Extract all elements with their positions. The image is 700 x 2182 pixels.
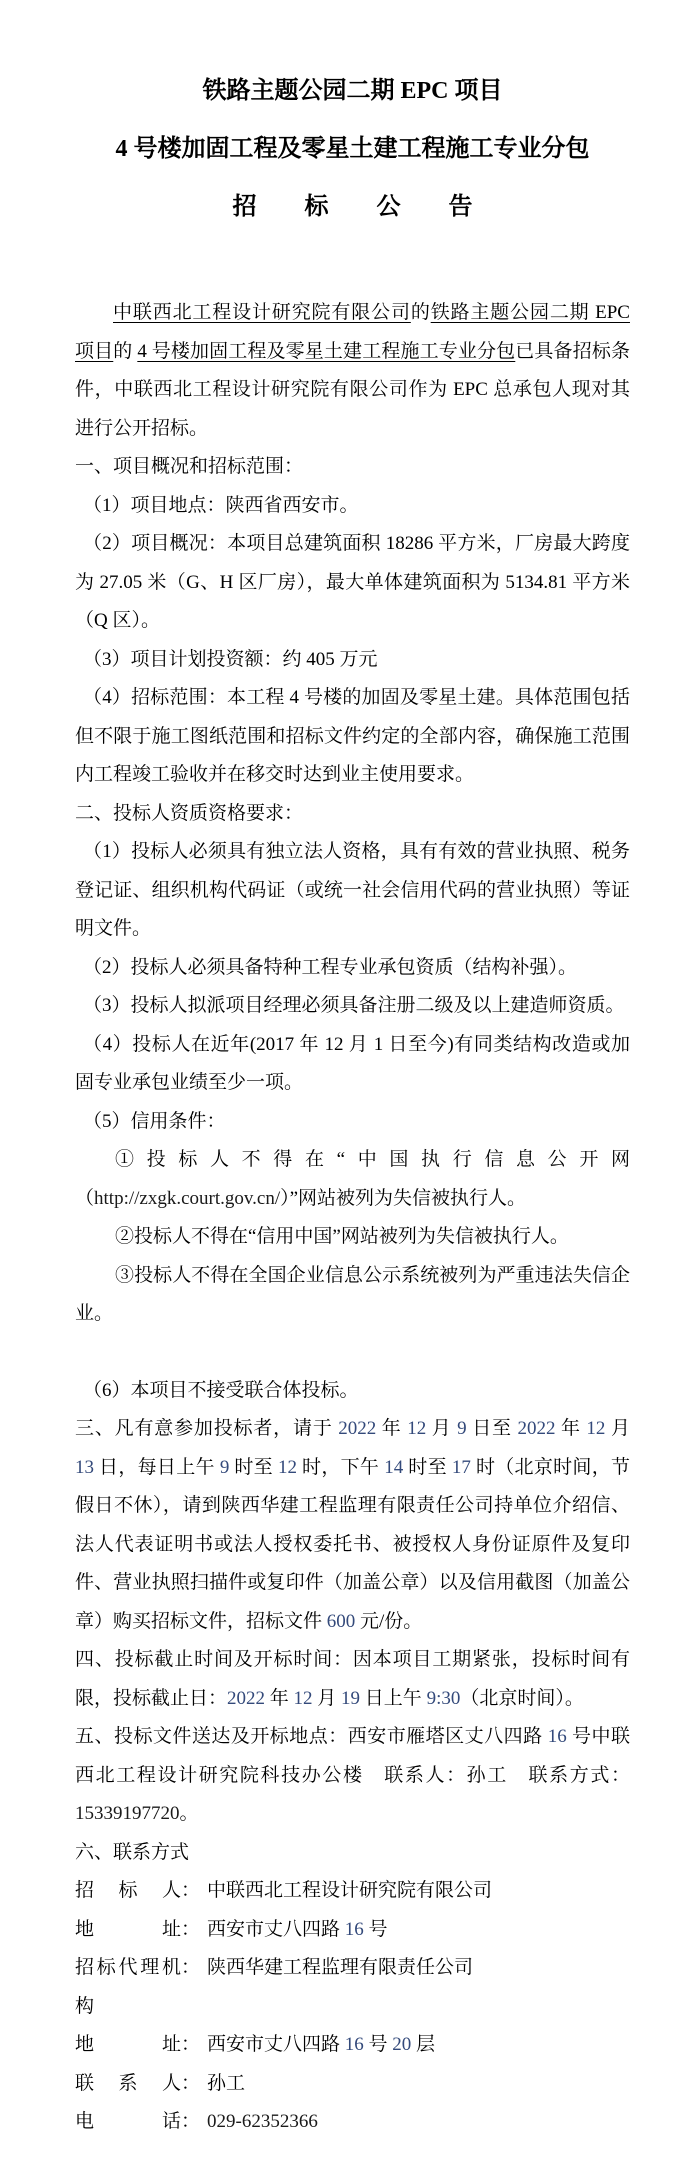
contact-colon: ： [181,1872,200,1911]
section3-paragraph-document-purchase: 三、凡有意参加投标者，请于 2022 年 12 月 9 日至 2022 年 12… [75,1410,630,1641]
section2-item-credit-heading: （5）信用条件： [75,1103,630,1142]
section6-heading: 六、联系方式 [75,1834,630,1873]
contact-block: 招标人： 中联西北工程设计研究院有限公司 地址： 西安市丈八四路 16 号 招标… [75,1872,630,2142]
section2-item-qualification: （2）投标人必须具备特种工程专业承包资质（结构补强）。 [75,949,630,988]
document-title-line1: 铁路主题公园二期 EPC 项目 [75,62,630,120]
contact-row-contact-person: 联系人： 孙工 [75,2065,630,2104]
contact-label: 地址 [75,1911,181,1950]
section1-item-overview: （2）项目概况：本项目总建筑面积 18286 平方米，厂房最大跨度为 27.05… [75,525,630,641]
section2-item-legal-person: （1）投标人必须具有独立法人资格，具有有效的营业执照、税务登记证、组织机构代码证… [75,833,630,949]
contact-colon: ： [181,1949,200,1988]
section2-item-track-record: （4）投标人在近年(2017 年 12 月 1 日至今)有同类结构改造或加固专业… [75,1026,630,1103]
contact-colon: ： [181,2103,200,2142]
contact-row-agency: 招标代理机构： 陕西华建工程监理有限责任公司 [75,1949,630,2026]
contact-row-agency-address: 地址： 西安市丈八四路 16 号 20 层 [75,2026,630,2065]
section1-item-investment: （3）项目计划投资额：约 405 万元 [75,641,630,680]
contact-row-tenderee-address: 地址： 西安市丈八四路 16 号 [75,1911,630,1950]
section1-item-scope: （4）招标范围：本工程 4 号楼的加固及零星土建。具体范围包括但不限于施工图纸范… [75,679,630,795]
contact-value: 陕西华建工程监理有限责任公司 [207,1949,630,1988]
section2-heading: 二、投标人资质资格要求： [75,795,630,834]
contact-value: 中联西北工程设计研究院有限公司 [207,1872,630,1911]
contact-label: 电话 [75,2103,181,2142]
contact-value: 西安市丈八四路 16 号 [207,1911,630,1950]
document-title-line2: 4 号楼加固工程及零星土建工程施工专业分包 [75,120,630,178]
contact-value: 孙工 [207,2065,630,2104]
document-page: 铁路主题公园二期 EPC 项目 4 号楼加固工程及零星土建工程施工专业分包 招 … [0,0,700,2182]
section1-item-location: （1）项目地点：陕西省西安市。 [75,487,630,526]
contact-value: 西安市丈八四路 16 号 20 层 [207,2026,630,2065]
section4-paragraph-deadline: 四、投标截止时间及开标时间：因本项目工期紧张，投标时间有限，投标截止日：2022… [75,1641,630,1718]
document-title-line3: 招 标 公 告 [75,178,630,236]
contact-label: 招标人 [75,1872,181,1911]
contact-row-phone: 电话： 029-62352366 [75,2103,630,2142]
contact-value: 029-62352366 [207,2103,630,2142]
contact-label: 招标代理机构 [75,1949,181,2026]
contact-colon: ： [181,2026,200,2065]
credit-condition-3: ③投标人不得在全国企业信息公示系统被列为严重违法失信企业。 [75,1257,630,1334]
contact-label: 联系人 [75,2065,181,2104]
intro-paragraph: 中联西北工程设计研究院有限公司的铁路主题公园二期 EPC 项目的 4 号楼加固工… [75,294,630,448]
section5-paragraph-delivery-location: 五、投标文件送达及开标地点：西安市雁塔区丈八四路 16 号中联西北工程设计研究院… [75,1718,630,1834]
contact-row-tenderee: 招标人： 中联西北工程设计研究院有限公司 [75,1872,630,1911]
credit-condition-1: ①投标人不得在“中国执行信息公开网（http://zxgk.court.gov.… [75,1141,630,1218]
credit-condition-2: ②投标人不得在“信用中国”网站被列为失信被执行人。 [75,1218,630,1257]
contact-colon: ： [181,2065,200,2104]
section2-item-no-consortium: （6）本项目不接受联合体投标。 [75,1372,630,1411]
contact-colon: ： [181,1911,200,1950]
section1-heading: 一、项目概况和招标范围： [75,448,630,487]
contact-label: 地址 [75,2026,181,2065]
section2-item-project-manager: （3）投标人拟派项目经理必须具备注册二级及以上建造师资质。 [75,987,630,1026]
